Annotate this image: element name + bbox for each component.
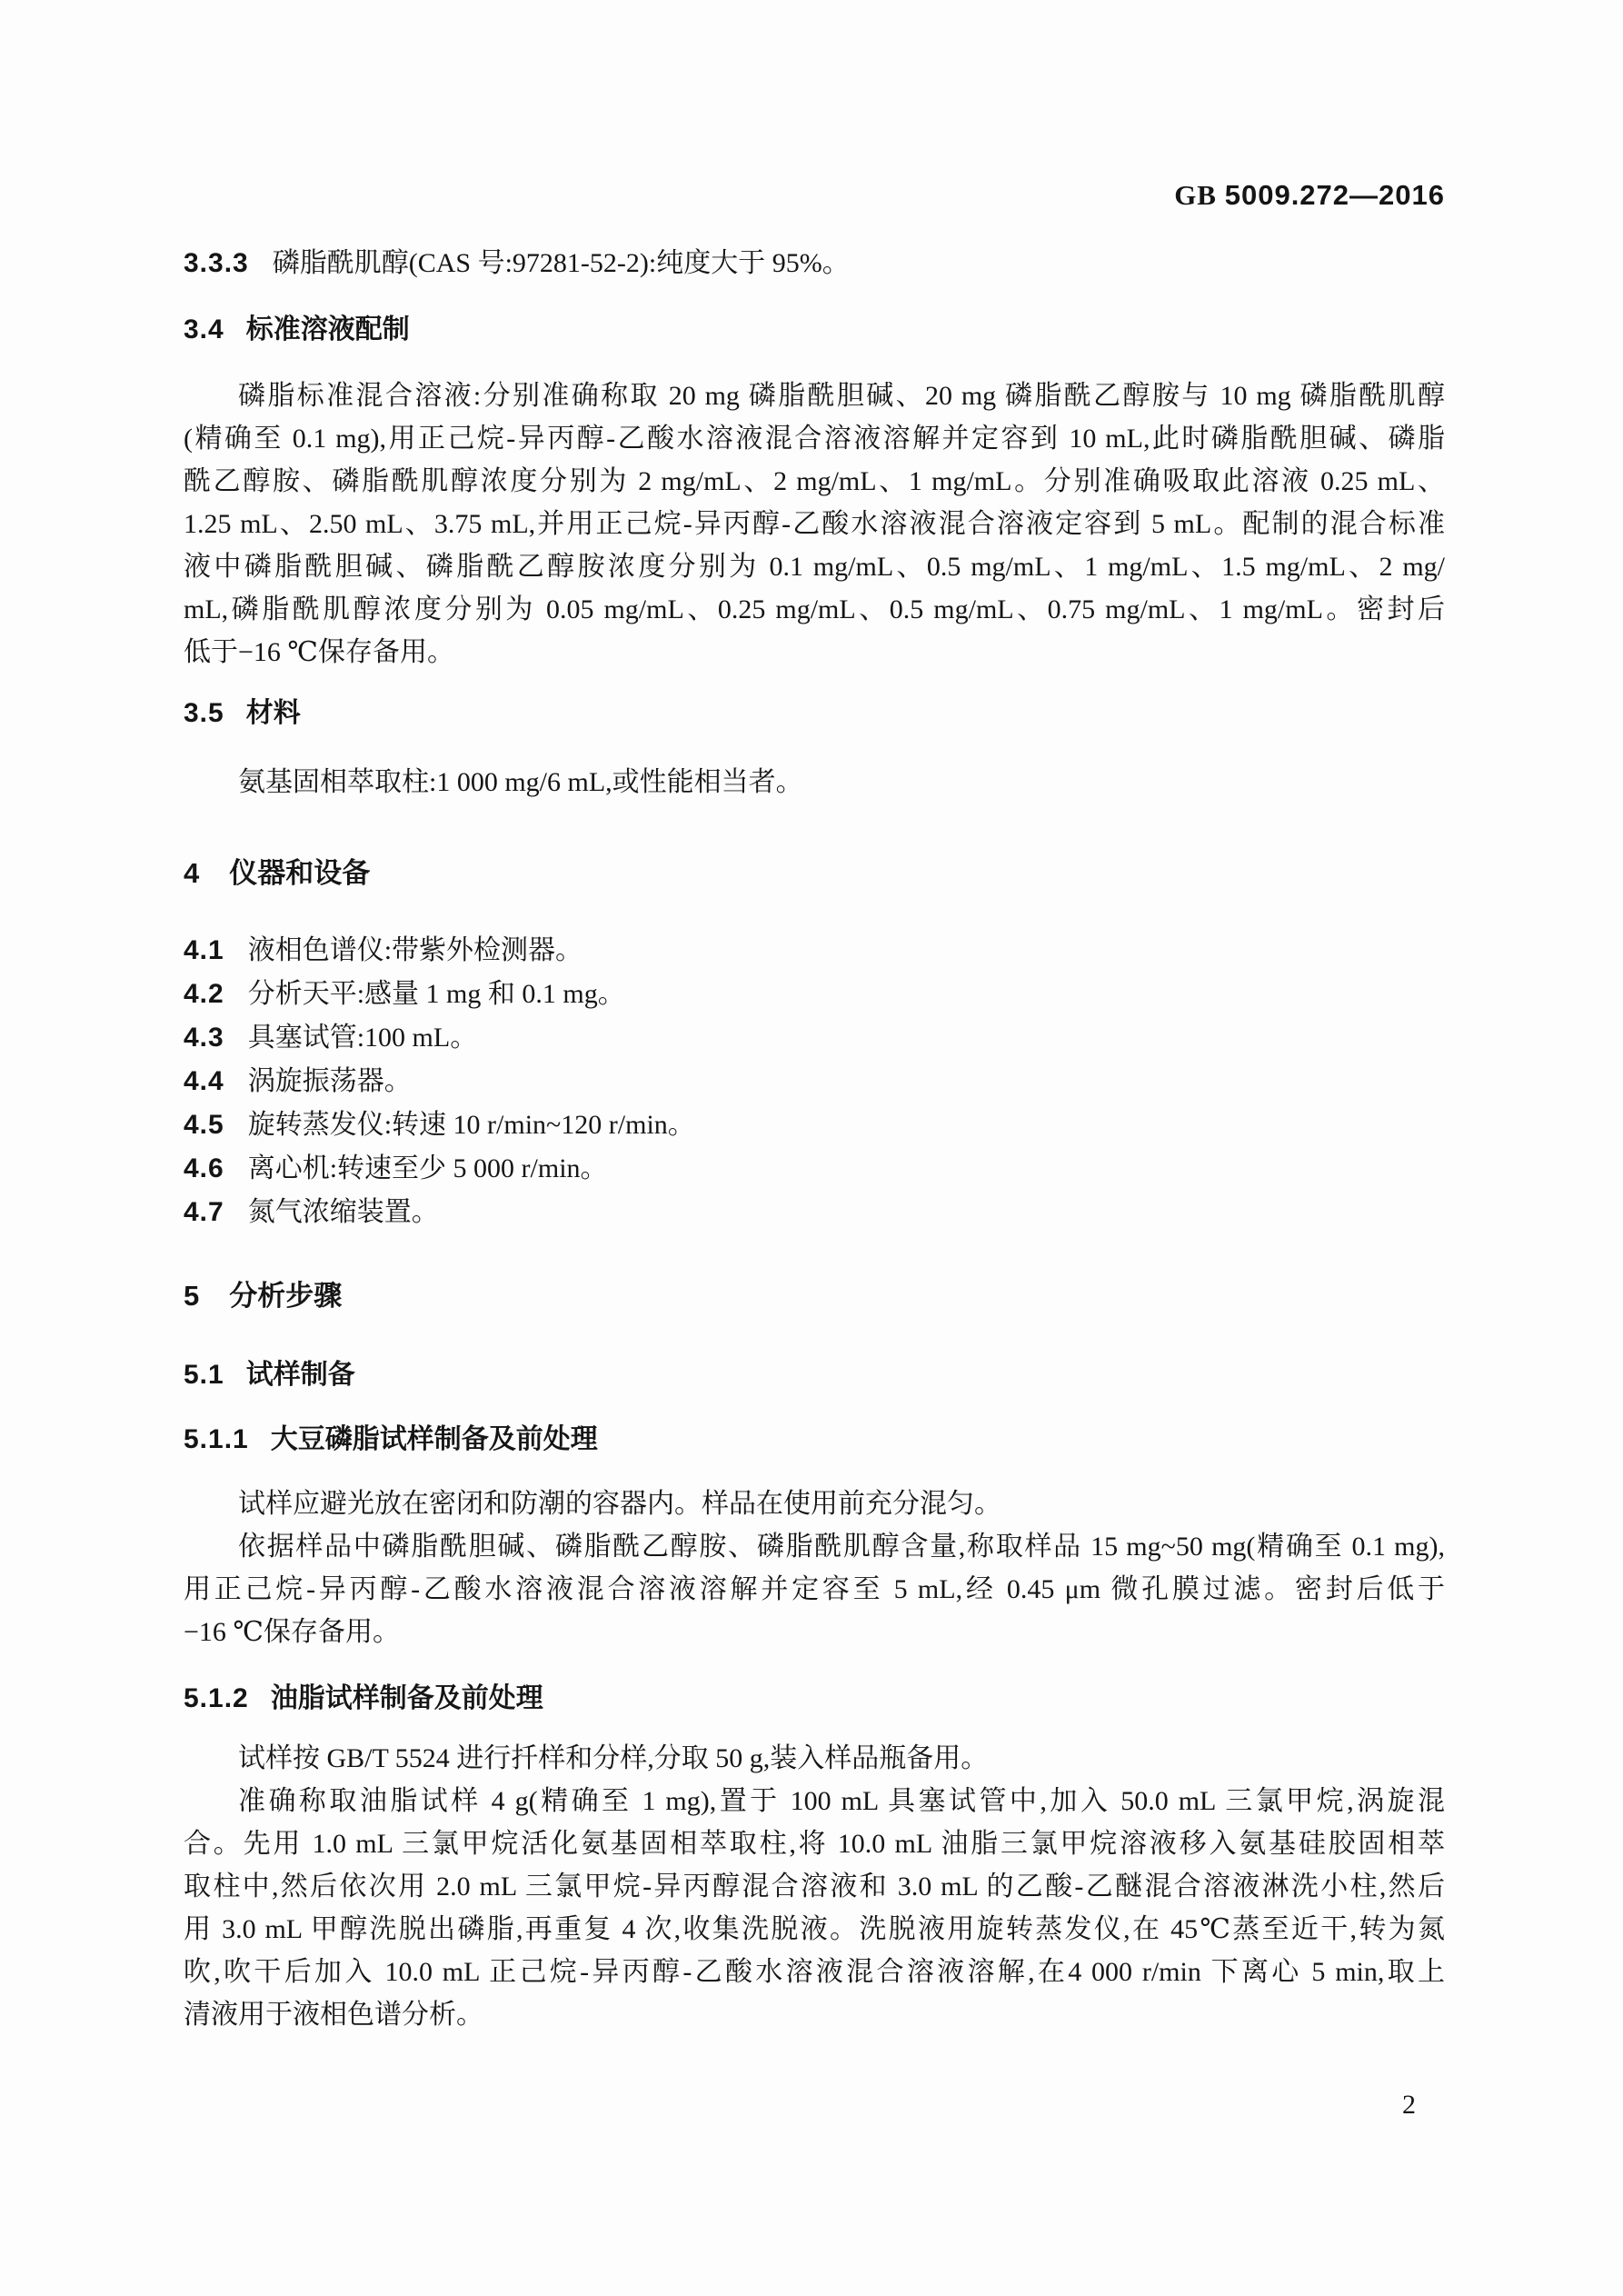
heading-3-5: 3.5材料 xyxy=(184,693,1445,734)
standard-code-number: 5009.272—2016 xyxy=(1225,179,1445,211)
heading-5: 5分析步骤 xyxy=(184,1275,1445,1317)
text-line: 依据样品中磷脂酰胆碱、磷脂酰乙醇胺、磷脂酰肌醇含量,称取样品 15 mg~50 … xyxy=(184,1525,1445,1568)
clause-text: 磷脂酰肌醇(CAS 号:97281-52-2):纯度大于 95%。 xyxy=(273,248,850,278)
paragraph-3-5: 氨基固相萃取柱:1 000 mg/6 mL,或性能相当者。 xyxy=(184,761,1445,804)
item-text: 旋转蒸发仪:转速 10 r/min~120 r/min。 xyxy=(248,1110,695,1140)
item-number: 4.4 xyxy=(184,1066,224,1096)
text-line: mL,磷脂酰肌醇浓度分别为 0.05 mg/mL、0.25 mg/mL、0.5 … xyxy=(184,588,1445,631)
heading-number: 3.5 xyxy=(184,698,224,728)
heading-number: 4 xyxy=(184,857,200,889)
running-header: GB 5009.272—2016 xyxy=(184,175,1445,216)
equipment-item: 4.6离心机:转速至少 5 000 r/min。 xyxy=(184,1147,1445,1191)
heading-title: 材料 xyxy=(246,698,301,728)
equipment-item: 4.7氮气浓缩装置。 xyxy=(184,1191,1445,1234)
text-line: 合。先用 1.0 mL 三氯甲烷活化氨基固相萃取柱,将 10.0 mL 油脂三氯… xyxy=(184,1822,1445,1865)
heading-5-1-2: 5.1.2油脂试样制备及前处理 xyxy=(184,1678,1445,1720)
item-text: 液相色谱仪:带紫外检测器。 xyxy=(248,935,582,965)
item-number: 4.2 xyxy=(184,979,224,1009)
item-text: 离心机:转速至少 5 000 r/min。 xyxy=(248,1153,608,1183)
equipment-item: 4.2分析天平:感量 1 mg 和 0.1 mg。 xyxy=(184,973,1445,1016)
page-content: GB 5009.272—2016 3.3.3磷脂酰肌醇(CAS 号:97281-… xyxy=(184,0,1445,2296)
heading-3-4: 3.4标准溶液配制 xyxy=(184,309,1445,351)
paragraph-5-1-1-a: 试样应避光放在密闭和防潮的容器内。样品在使用前充分混匀。 xyxy=(184,1482,1445,1525)
equipment-item: 4.5旋转蒸发仪:转速 10 r/min~120 r/min。 xyxy=(184,1103,1445,1147)
page-number: 2 xyxy=(1402,2087,1416,2123)
text-line: 取柱中,然后依次用 2.0 mL 三氯甲烷-异丙醇混合溶液和 3.0 mL 的乙… xyxy=(184,1865,1445,1908)
heading-number: 5.1.1 xyxy=(184,1424,249,1454)
text-line: 氨基固相萃取柱:1 000 mg/6 mL,或性能相当者。 xyxy=(184,761,1445,804)
text-line: (精确至 0.1 mg),用正己烷-异丙醇-乙酸水溶液混合溶液溶解并定容到 10… xyxy=(184,417,1445,460)
paragraph-5-1-2-b: 准确称取油脂试样 4 g(精确至 1 mg),置于 100 mL 具塞试管中,加… xyxy=(184,1780,1445,2036)
paragraph-5-1-1-b: 依据样品中磷脂酰胆碱、磷脂酰乙醇胺、磷脂酰肌醇含量,称取样品 15 mg~50 … xyxy=(184,1525,1445,1653)
heading-title: 仪器和设备 xyxy=(229,857,370,889)
text-line: 试样应避光放在密闭和防潮的容器内。样品在使用前充分混匀。 xyxy=(184,1482,1445,1525)
text-line: 1.25 mL、2.50 mL、3.75 mL,并用正己烷-异丙醇-乙酸水溶液混… xyxy=(184,503,1445,545)
item-text: 氮气浓缩装置。 xyxy=(248,1197,439,1227)
text-line: −16 ℃保存备用。 xyxy=(184,1611,1445,1653)
paragraph-3-4: 磷脂标准混合溶液:分别准确称取 20 mg 磷脂酰胆碱、20 mg 磷脂酰乙醇胺… xyxy=(184,374,1445,674)
item-number: 4.6 xyxy=(184,1153,224,1183)
item-text: 具塞试管:100 mL。 xyxy=(248,1023,478,1053)
text-line: 液中磷脂酰胆碱、磷脂酰乙醇胺浓度分别为 0.1 mg/mL、0.5 mg/mL、… xyxy=(184,545,1445,588)
heading-title: 油脂试样制备及前处理 xyxy=(271,1683,543,1713)
text-line: 酰乙醇胺、磷脂酰肌醇浓度分别为 2 mg/mL、2 mg/mL、1 mg/mL。… xyxy=(184,460,1445,503)
text-line: 准确称取油脂试样 4 g(精确至 1 mg),置于 100 mL 具塞试管中,加… xyxy=(184,1780,1445,1822)
heading-5-1-1: 5.1.1大豆磷脂试样制备及前处理 xyxy=(184,1419,1445,1461)
heading-title: 标准溶液配制 xyxy=(246,314,410,344)
equipment-item: 4.4涡旋振荡器。 xyxy=(184,1060,1445,1103)
document-page: GB 5009.272—2016 3.3.3磷脂酰肌醇(CAS 号:97281-… xyxy=(0,0,1623,2296)
heading-5-1: 5.1试样制备 xyxy=(184,1354,1445,1396)
item-number: 4.5 xyxy=(184,1110,224,1140)
heading-number: 5.1 xyxy=(184,1360,224,1390)
item-number: 4.1 xyxy=(184,935,224,965)
item-number: 4.7 xyxy=(184,1197,224,1227)
text-line: 低于−16 ℃保存备用。 xyxy=(184,631,1445,674)
item-text: 分析天平:感量 1 mg 和 0.1 mg。 xyxy=(248,979,625,1009)
heading-title: 大豆磷脂试样制备及前处理 xyxy=(271,1424,598,1454)
paragraph-5-1-2-a: 试样按 GB/T 5524 进行扦样和分样,分取 50 g,装入样品瓶备用。 xyxy=(184,1737,1445,1780)
equipment-list: 4.1液相色谱仪:带紫外检测器。4.2分析天平:感量 1 mg 和 0.1 mg… xyxy=(184,929,1445,1234)
standard-code-prefix: GB xyxy=(1174,179,1217,211)
item-text: 涡旋振荡器。 xyxy=(248,1066,412,1096)
heading-4: 4仪器和设备 xyxy=(184,853,1445,894)
equipment-item: 4.3具塞试管:100 mL。 xyxy=(184,1016,1445,1060)
heading-number: 5.1.2 xyxy=(184,1683,249,1713)
heading-title: 分析步骤 xyxy=(229,1280,342,1312)
text-line: 吹,吹干后加入 10.0 mL 正己烷-异丙醇-乙酸水溶液混合溶液溶解,在4 0… xyxy=(184,1951,1445,1993)
equipment-item: 4.1液相色谱仪:带紫外检测器。 xyxy=(184,929,1445,973)
text-line: 磷脂标准混合溶液:分别准确称取 20 mg 磷脂酰胆碱、20 mg 磷脂酰乙醇胺… xyxy=(184,374,1445,417)
text-line: 清液用于液相色谱分析。 xyxy=(184,1993,1445,2036)
clause-number: 3.3.3 xyxy=(184,248,249,278)
heading-number: 3.4 xyxy=(184,314,224,344)
clause-3-3-3: 3.3.3磷脂酰肌醇(CAS 号:97281-52-2):纯度大于 95%。 xyxy=(184,243,1445,285)
item-number: 4.3 xyxy=(184,1023,224,1053)
text-line: 用正己烷-异丙醇-乙酸水溶液混合溶液溶解并定容至 5 mL,经 0.45 μm … xyxy=(184,1568,1445,1611)
text-line: 用 3.0 mL 甲醇洗脱出磷脂,再重复 4 次,收集洗脱液。洗脱液用旋转蒸发仪… xyxy=(184,1908,1445,1951)
heading-title: 试样制备 xyxy=(246,1360,355,1390)
heading-number: 5 xyxy=(184,1280,200,1312)
text-line: 试样按 GB/T 5524 进行扦样和分样,分取 50 g,装入样品瓶备用。 xyxy=(184,1737,1445,1780)
